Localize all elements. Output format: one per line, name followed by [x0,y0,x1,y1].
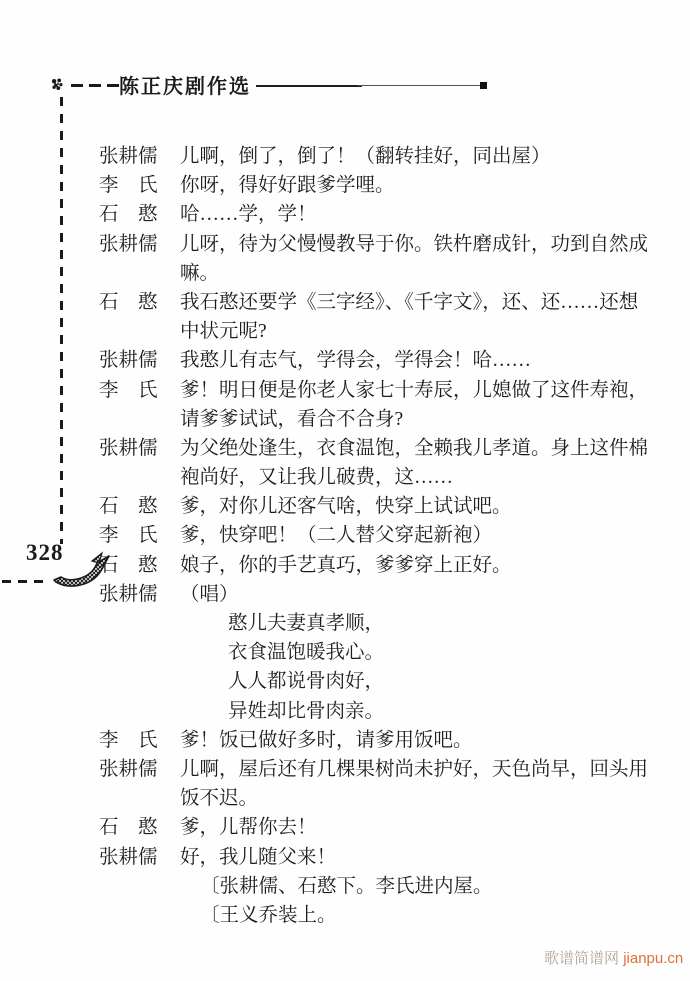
speaker-name: 李 氏 [99,171,180,200]
book-title: 陈正庆剧作选 [119,70,251,99]
speaker-name: 石 憨 [99,200,180,229]
line-text: 〔张耕儒、石憨下。李氏进内屋。 [200,872,493,901]
line-text: 爹！明日便是你老人家七十寿辰，儿媳做了这件寿袍， [180,376,648,405]
line-text: 爹！饭已做好多时，请爹用饭吧。 [180,726,473,755]
speaker-name: 石 憨 [99,813,180,842]
script-line: 石 憨 娘子，你的手艺真巧，爹爹穿上正好。 [99,551,659,580]
line-text: 〔王义乔装上。 [200,901,337,930]
speaker-name: 张耕儒 [99,580,180,609]
line-text: 为父绝处逢生，衣食温饱，全赖我儿孝道。身上这件棉 [180,434,648,463]
line-text: 异姓却比骨肉亲。 [228,697,384,726]
script-line: 张耕儒 儿啊，屋后还有几棵果树尚未护好，天色尚早，回头用 [99,755,659,784]
script-line: 〔王义乔装上。 [99,901,659,930]
script-line: 石 憨 爹，儿帮你去！ [99,813,659,842]
script-line: 李 氏 爹，快穿吧！（二人替父穿起新袍） [99,521,659,550]
header-rule-thin [358,85,484,86]
script-line: 石 憨 我石憨还要学《三字经》、《千字文》，还、还……还想 [99,288,659,317]
line-text: 我石憨还要学《三字经》、《千字文》，还、还……还想 [180,288,638,317]
script-line: 张耕儒 我憨儿有志气，学得会，学得会！哈…… [99,346,659,375]
script-line: 请爹爹试试，看合不合身? [99,405,659,434]
line-text: 儿啊，倒了，倒了！（翻转挂好，同出屋） [180,142,551,171]
line-text: 中状元呢? [180,317,267,346]
script-line: 李 氏 爹！饭已做好多时，请爹用饭吧。 [99,726,659,755]
script-line: 张耕儒 为父绝处逢生，衣食温饱，全赖我儿孝道。身上这件棉 [99,434,659,463]
speaker-name: 李 氏 [99,521,180,550]
speaker-name: 张耕儒 [99,142,180,171]
speaker-name: 石 憨 [99,551,180,580]
line-text: 爹，快穿吧！（二人替父穿起新袍） [180,521,492,550]
script-line: 李 氏 爹！明日便是你老人家七十寿辰，儿媳做了这件寿袍， [99,376,659,405]
page-number-dashes [2,580,46,583]
margin-dashed-line [60,97,63,544]
script-line: 中状元呢? [99,317,659,346]
script-line: 人人都说骨肉好， [99,667,659,696]
line-text: 我憨儿有志气，学得会，学得会！哈…… [180,346,531,375]
script-line: 石 憨 爹，对你儿还客气啥，快穿上试试吧。 [99,492,659,521]
watermark[interactable]: 歌谱简谱网 jianpu.cn [544,947,683,968]
header-rule [256,85,362,87]
speaker-name: 张耕儒 [99,434,180,463]
speaker-name: 李 氏 [99,726,180,755]
script-text: 张耕儒 儿啊，倒了，倒了！（翻转挂好，同出屋） 李 氏 你呀，得好好跟爹学哩。 … [99,142,659,930]
line-text: 儿呀，待为父慢慢教导于你。铁杵磨成针，功到自然成 [180,230,648,259]
line-text: 请爹爹试试，看合不合身? [180,405,403,434]
script-line: 张耕儒 （唱） [99,580,659,609]
line-text: 好，我儿随父来！ [180,843,336,872]
script-line: 张耕儒 儿呀，待为父慢慢教导于你。铁杵磨成针，功到自然成 [99,230,659,259]
line-text: 衣食温饱暖我心。 [228,638,384,667]
script-line: 张耕儒 好，我儿随父来！ [99,843,659,872]
script-line: 异姓却比骨肉亲。 [99,697,659,726]
line-text: （唱） [180,580,239,609]
line-text: 爹，儿帮你去！ [180,813,317,842]
floral-ornament-icon [49,77,66,94]
script-line: 饭不迟。 [99,784,659,813]
header-rule-end-dot [480,82,487,89]
speaker-name: 张耕儒 [99,346,180,375]
header-dashes [71,84,119,87]
watermark-site-name: 歌谱简谱网 [544,950,619,967]
book-page: 陈正庆剧作选 328 张耕儒 儿啊，倒了，倒了！（翻转挂好，同出屋） 李 氏 你… [0,0,690,981]
line-text: 你呀，得好好跟爹学哩。 [180,171,395,200]
script-line: 张耕儒 儿啊，倒了，倒了！（翻转挂好，同出屋） [99,142,659,171]
speaker-name: 张耕儒 [99,755,180,784]
line-text: 儿啊，屋后还有几棵果树尚未护好，天色尚早，回头用 [180,755,648,784]
speaker-name: 张耕儒 [99,230,180,259]
speaker-name: 张耕儒 [99,843,180,872]
script-line: 憨儿夫妻真孝顺， [99,609,659,638]
line-text: 饭不迟。 [180,784,258,813]
script-line: 袍尚好，又让我儿破费，这…… [99,463,659,492]
line-text: 哈……学，学！ [180,200,317,229]
line-text: 嘛。 [180,259,219,288]
script-line: 〔张耕儒、石憨下。李氏进内屋。 [99,872,659,901]
script-line: 石 憨 哈……学，学！ [99,200,659,229]
speaker-name: 石 憨 [99,288,180,317]
script-line: 衣食温饱暖我心。 [99,638,659,667]
line-text: 爹，对你儿还客气啥，快穿上试试吧。 [180,492,512,521]
line-text: 娘子，你的手艺真巧，爹爹穿上正好。 [180,551,512,580]
line-text: 憨儿夫妻真孝顺， [228,609,384,638]
speaker-name: 石 憨 [99,492,180,521]
line-text: 袍尚好，又让我儿破费，这…… [180,463,453,492]
speaker-name: 李 氏 [99,376,180,405]
script-line: 李 氏 你呀，得好好跟爹学哩。 [99,171,659,200]
watermark-site-url[interactable]: jianpu.cn [623,950,683,967]
line-text: 人人都说骨肉好， [228,667,384,696]
script-line: 嘛。 [99,259,659,288]
